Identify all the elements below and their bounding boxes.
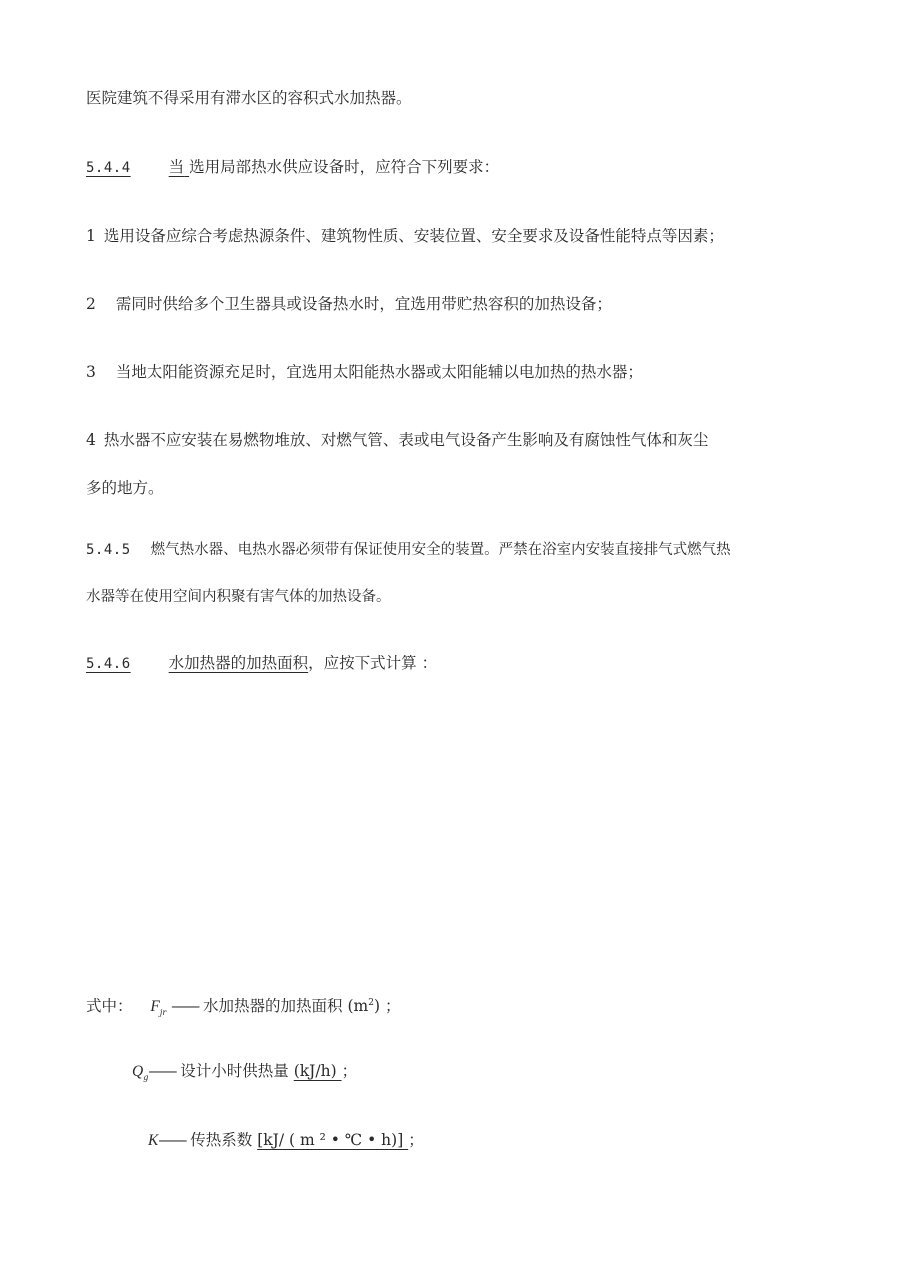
variable-description: 传热系数	[190, 1131, 252, 1149]
clause-5-4-5: 5.4.5燃气热水器、电热水器必须带有保证使用安全的装置。严禁在浴室内安装直接排…	[86, 540, 731, 560]
list-item-text: 需同时供给多个卫生器具或设备热水时，宜选用带贮热容积的加热设备；	[116, 295, 612, 313]
variable-Q: Qg—— 设计小时供热量 (kJ/h) ；	[132, 1061, 357, 1088]
variable-end: ；	[342, 1062, 358, 1080]
list-item-text: 选用设备应综合考虑热源条件、建筑物性质、安装位置、安全要求及设备性能特点等因素；	[104, 227, 724, 245]
variable-K: K—— 传热系数 [kJ/ ( m ² • ℃ • h)] ；	[148, 1130, 424, 1151]
formula-area	[86, 700, 826, 970]
dash: ——	[158, 1131, 185, 1149]
variable-symbol: K	[148, 1132, 158, 1149]
where-label: 式中：	[86, 997, 133, 1015]
dash: ——	[171, 997, 198, 1015]
list-item-number: 1	[86, 227, 96, 245]
clause-underlined-text: 水加热器的加热面积	[169, 654, 309, 672]
list-item-number: 2	[86, 295, 96, 313]
variable-description-end: ) ；	[374, 997, 400, 1015]
variable-end: ；	[408, 1131, 424, 1149]
variable-F: 式中： Fjr —— 水加热器的加热面积 (m2) ；	[86, 993, 400, 1023]
clause-text: ，应按下式计算 ：	[308, 654, 437, 672]
list-item-1: 1选用设备应综合考虑热源条件、建筑物性质、安装位置、安全要求及设备性能特点等因素…	[86, 226, 724, 246]
variable-unit: [kJ/ ( m ² • ℃ • h)]	[257, 1131, 408, 1149]
list-item-number: 4	[86, 431, 96, 449]
clause-5-4-4-heading: 5.4.4当 选用局部热水供应设备时，应符合下列要求：	[86, 157, 499, 178]
list-item-4-continuation: 多的地方。	[86, 478, 164, 498]
variable-symbol: Q	[132, 1063, 143, 1080]
variable-description: 水加热器的加热面积 (m	[203, 997, 368, 1015]
list-item-4: 4热水器不应安装在易燃物堆放、对燃气管、表或电气设备产生影响及有腐蚀性气体和灰尘	[86, 430, 708, 450]
clause-5-4-5-continuation: 水器等在使用空间内积聚有害气体的加热设备。	[86, 587, 391, 607]
clause-lead-word: 当	[169, 158, 185, 176]
clause-number: 5.4.4	[86, 160, 131, 176]
clause-text: 选用局部热水供应设备时，应符合下列要求：	[189, 158, 499, 176]
clause-5-4-6-heading: 5.4.6水加热器的加热面积，应按下式计算 ：	[86, 653, 437, 674]
list-item-number: 3	[86, 363, 96, 381]
clause-number: 5.4.6	[86, 656, 131, 672]
variable-unit: (kJ/h)	[294, 1062, 342, 1080]
list-item-text: 热水器不应安装在易燃物堆放、对燃气管、表或电气设备产生影响及有腐蚀性气体和灰尘	[104, 431, 709, 449]
intro-paragraph: 医院建筑不得采用有滞水区的容积式水加热器。	[86, 88, 412, 108]
clause-number: 5.4.5	[86, 542, 131, 558]
clause-text: 燃气热水器、电热水器必须带有保证使用安全的装置。严禁在浴室内安装直接排气式燃气热	[151, 542, 731, 558]
variable-symbol: F	[150, 998, 159, 1015]
variable-subscript: jr	[160, 1008, 166, 1017]
dash: ——	[148, 1062, 175, 1080]
variable-description: 设计小时供热量	[180, 1062, 289, 1080]
list-item-text: 当地太阳能资源充足时，宜选用太阳能热水器或太阳能辅以电加热的热水器；	[116, 363, 643, 381]
list-item-2: 2需同时供给多个卫生器具或设备热水时，宜选用带贮热容积的加热设备；	[86, 294, 612, 314]
list-item-3: 3当地太阳能资源充足时，宜选用太阳能热水器或太阳能辅以电加热的热水器；	[86, 362, 643, 382]
